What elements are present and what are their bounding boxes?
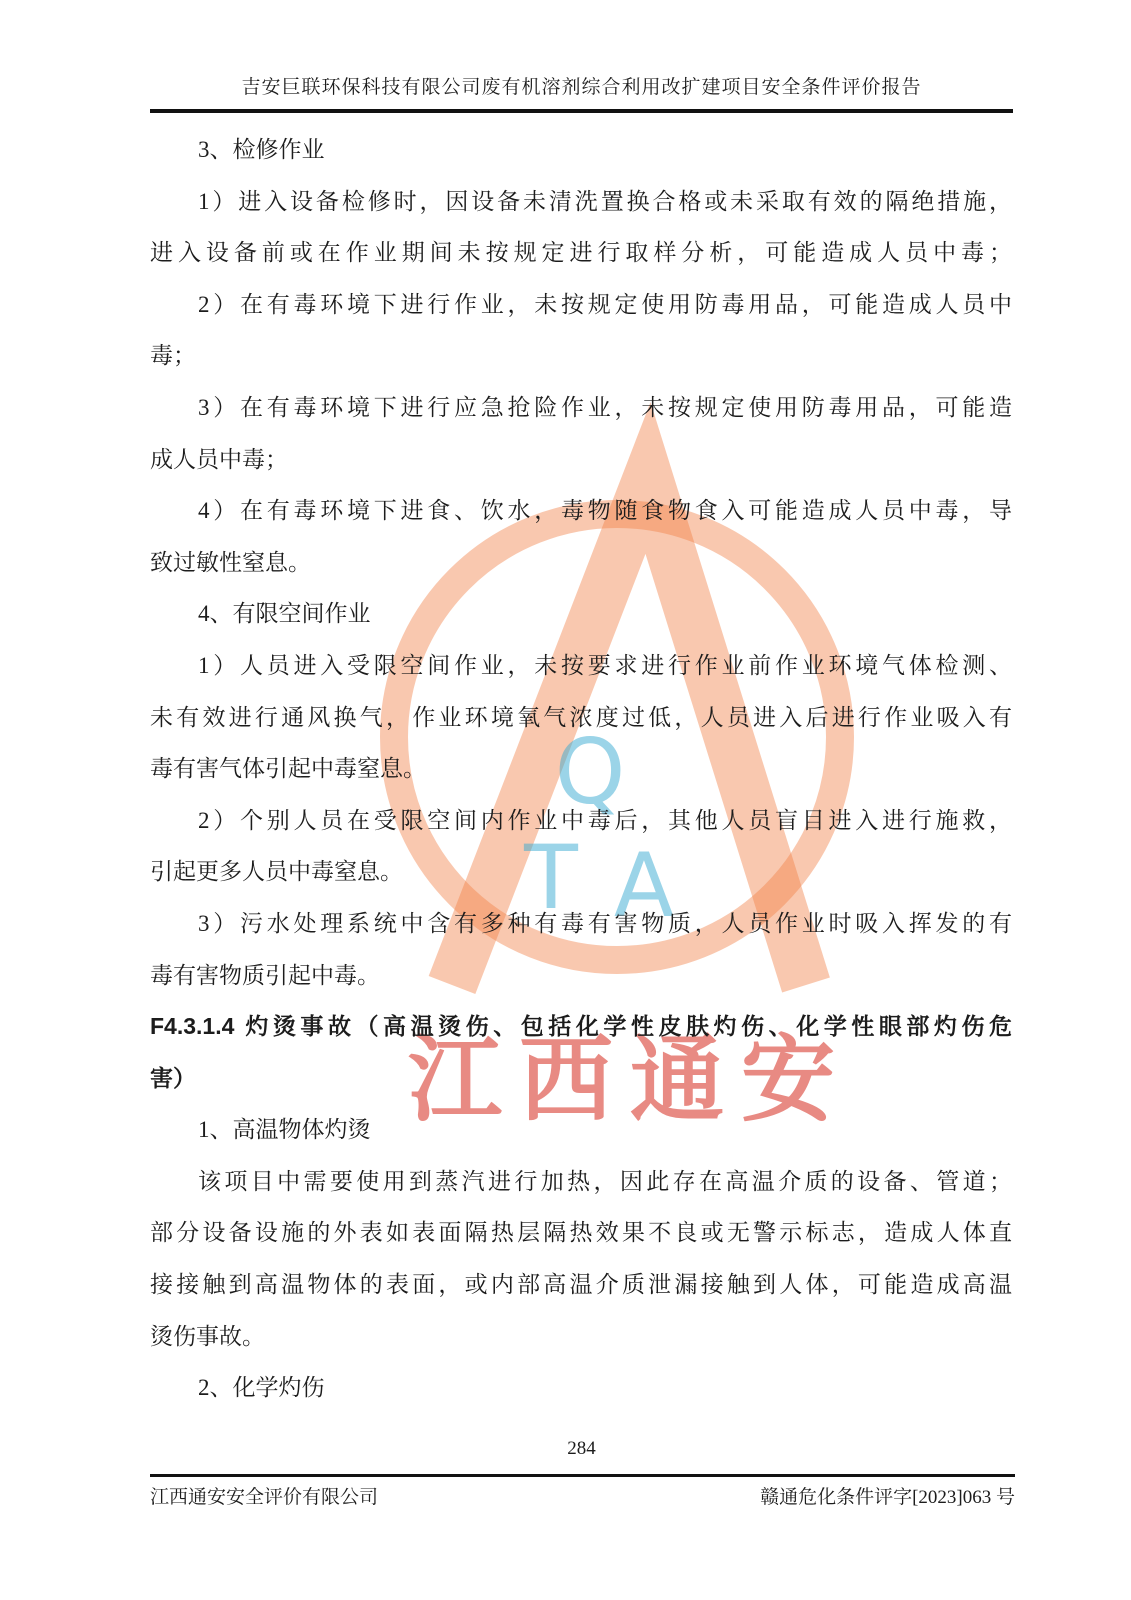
body-line: 烫伤事故。 xyxy=(150,1311,1012,1363)
body-line: 1）人员进入受限空间作业，未按要求进行作业前作业环境气体检测、 xyxy=(150,640,1012,692)
footer-company-name: 江西通安安全评价有限公司 xyxy=(150,1482,378,1509)
report-body: 3、检修作业 1）进入设备检修时，因设备未清洗置换合格或未采取有效的隔绝措施， … xyxy=(150,124,1012,1414)
body-line: 2）在有毒环境下进行作业，未按规定使用防毒用品，可能造成人员中 xyxy=(150,279,1012,331)
body-line: 进入设备前或在作业期间未按规定进行取样分析，可能造成人员中毒； xyxy=(150,227,1012,279)
body-line: 未有效进行通风换气，作业环境氧气浓度过低，人员进入后进行作业吸入有 xyxy=(150,692,1012,744)
page-number: 284 xyxy=(150,1438,1013,1460)
body-line: 毒有害气体引起中毒窒息。 xyxy=(150,743,1012,795)
footer: 江西通安安全评价有限公司 赣通危化条件评字[2023]063 号 xyxy=(150,1482,1015,1509)
body-line: 2、化学灼伤 xyxy=(150,1362,1012,1414)
body-line: 4、有限空间作业 xyxy=(150,588,1012,640)
body-line: 2）个别人员在受限空间内作业中毒后，其他人员盲目进入进行施救， xyxy=(150,795,1012,847)
body-line: 3）在有毒环境下进行应急抢险作业，未按规定使用防毒用品，可能造 xyxy=(150,382,1012,434)
body-line: 毒有害物质引起中毒。 xyxy=(150,950,1012,1002)
section-heading: F4.3.1.4 灼烫事故（高温烫伤、包括化学性皮肤灼伤、化学性眼部灼伤危 xyxy=(150,1001,1012,1053)
body-line: 3、检修作业 xyxy=(150,124,1012,176)
section-heading: 害） xyxy=(150,1053,1012,1105)
footer-doc-number: 赣通危化条件评字[2023]063 号 xyxy=(760,1482,1015,1509)
body-line: 引起更多人员中毒窒息。 xyxy=(150,846,1012,898)
body-line: 1、高温物体灼烫 xyxy=(150,1104,1012,1156)
footer-rule xyxy=(150,1474,1015,1477)
body-line: 3）污水处理系统中含有多种有毒有害物质，人员作业时吸入挥发的有 xyxy=(150,898,1012,950)
body-line: 部分设备设施的外表如表面隔热层隔热效果不良或无警示标志，造成人体直 xyxy=(150,1207,1012,1259)
body-line: 1）进入设备检修时，因设备未清洗置换合格或未采取有效的隔绝措施， xyxy=(150,176,1012,228)
body-line: 4）在有毒环境下进食、饮水，毒物随食物食入可能造成人员中毒，导 xyxy=(150,485,1012,537)
body-line: 接接触到高温物体的表面，或内部高温介质泄漏接触到人体，可能造成高温 xyxy=(150,1259,1012,1311)
body-line: 毒； xyxy=(150,330,1012,382)
report-header-title: 吉安巨联环保科技有限公司废有机溶剂综合利用改扩建项目安全条件评价报告 xyxy=(150,72,1013,113)
body-line: 该项目中需要使用到蒸汽进行加热，因此存在高温介质的设备、管道； xyxy=(150,1156,1012,1208)
body-line: 成人员中毒； xyxy=(150,434,1012,486)
document-page: Q T A 江西通安 吉安巨联环保科技有限公司废有机溶剂综合利用改扩建项目安全条… xyxy=(0,0,1131,1600)
body-line: 致过敏性窒息。 xyxy=(150,537,1012,589)
